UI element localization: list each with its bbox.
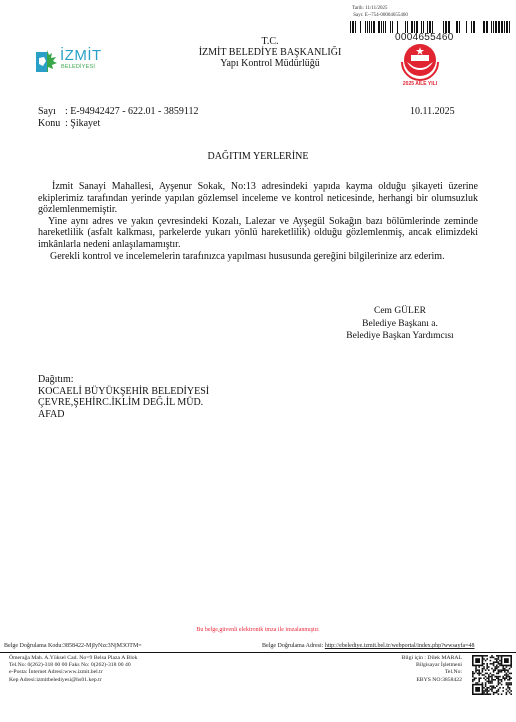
- info-line: Tel.No:: [330, 669, 462, 676]
- document-meta: Sayı: E-94942427 - 622.01 - 3859112 Konu…: [38, 106, 199, 129]
- letterhead: T.C. İZMİT BELEDİYE BAŞKANLIĞI Yapı Kont…: [150, 36, 390, 69]
- body-paragraph-1: İzmit Sanayi Mahallesi, Ayşenur Sokak, N…: [38, 181, 478, 216]
- distribution-item: ÇEVRE,ŞEHİRC.İKLİM DEĞ.İL MÜD.: [38, 397, 209, 409]
- signature-block: Cem GÜLER Belediye Başkanı a. Belediye B…: [300, 305, 500, 343]
- logo-name: İZMİT: [60, 47, 102, 64]
- contact-info: Bilgi için : Dilek MARAL Bilgisayar İşle…: [330, 655, 462, 684]
- distribution-item: KOCAELİ BÜYÜKŞEHİR BELEDİYESİ: [38, 386, 209, 398]
- address-line: Kep Adresi:izmitbelediyesi@hs01.kep.tr: [9, 677, 137, 684]
- verification-code: Belge Doğrulama Kodu:3858422-MjIyNzc3NjM…: [4, 643, 142, 649]
- emblem-text: 2025 AİLE YILI: [403, 80, 438, 87]
- qr-code-icon: [472, 655, 512, 695]
- registry-stamp: Tarih: 11/11/2025 Sayı: E--754-000046554…: [352, 5, 408, 19]
- verification-link[interactable]: http://ebelediye.izmit.bel.tr/webportal/…: [325, 643, 475, 649]
- maple-leaf-icon: [36, 48, 58, 74]
- document-number: : E-94942427 - 622.01 - 3859112: [65, 106, 199, 117]
- stamp-number: E--754-00004655460: [365, 13, 408, 18]
- document-date: 10.11.2025: [410, 106, 455, 117]
- esign-note: Bu belge,güvenli elektronik imza ile imz…: [0, 627, 516, 633]
- logo-subtitle: BELEDİYESİ: [61, 64, 95, 70]
- verification-address: Belge Doğrulama Adresi: http://ebelediye…: [262, 643, 475, 649]
- signer-title-2: Belediye Başkan Yardımcısı: [300, 330, 500, 343]
- izmit-municipality-logo: İZMİT BELEDİYESİ: [36, 48, 106, 76]
- body-paragraph-3: Gerekli kontrol ve incelemelerin tarafın…: [38, 251, 478, 263]
- distribution-list: Dağıtım: KOCAELİ BÜYÜKŞEHİR BELEDİYESİ Ç…: [38, 374, 209, 420]
- body-paragraph-2: Yine aynı adres ve yakın çevresindeki Ko…: [38, 216, 478, 251]
- country-label: T.C.: [150, 36, 390, 47]
- info-line: EBYS NO:3858422: [330, 677, 462, 684]
- stamp-date-label: Tarih:: [352, 6, 364, 11]
- institution-name: İZMİT BELEDİYE BAŞKANLIĞI: [150, 47, 390, 58]
- family-year-emblem-icon: 2025 AİLE YILI: [390, 40, 450, 88]
- info-line: Bilgisayar İşletmeni: [330, 662, 462, 669]
- department-name: Yapı Kontrol Müdürlüğü: [150, 58, 390, 69]
- verification-address-label: Belge Doğrulama Adresi:: [262, 643, 323, 649]
- addressee-title: DAĞITIM YERLERİNE: [0, 151, 516, 162]
- letter-body: İzmit Sanayi Mahallesi, Ayşenur Sokak, N…: [38, 181, 478, 262]
- signer-name: Cem GÜLER: [300, 305, 500, 318]
- signer-title-1: Belediye Başkanı a.: [300, 318, 500, 331]
- number-label: Sayı: [38, 106, 65, 118]
- address-line: e-Posta: İnternet Adresi:www.izmit.bel.t…: [9, 669, 137, 676]
- distribution-label: Dağıtım:: [38, 374, 209, 386]
- subject-label: Konu: [38, 118, 65, 130]
- contact-address: Ömerağa Mah. A.Yüksel Cad. No=9 Belsa Pl…: [9, 655, 137, 684]
- stamp-date: 11/11/2025: [365, 6, 387, 11]
- stamp-number-label: Sayı:: [353, 13, 363, 18]
- document-subject: : Şikayet: [65, 118, 100, 129]
- footer-divider: [0, 652, 516, 653]
- distribution-item: AFAD: [38, 409, 209, 421]
